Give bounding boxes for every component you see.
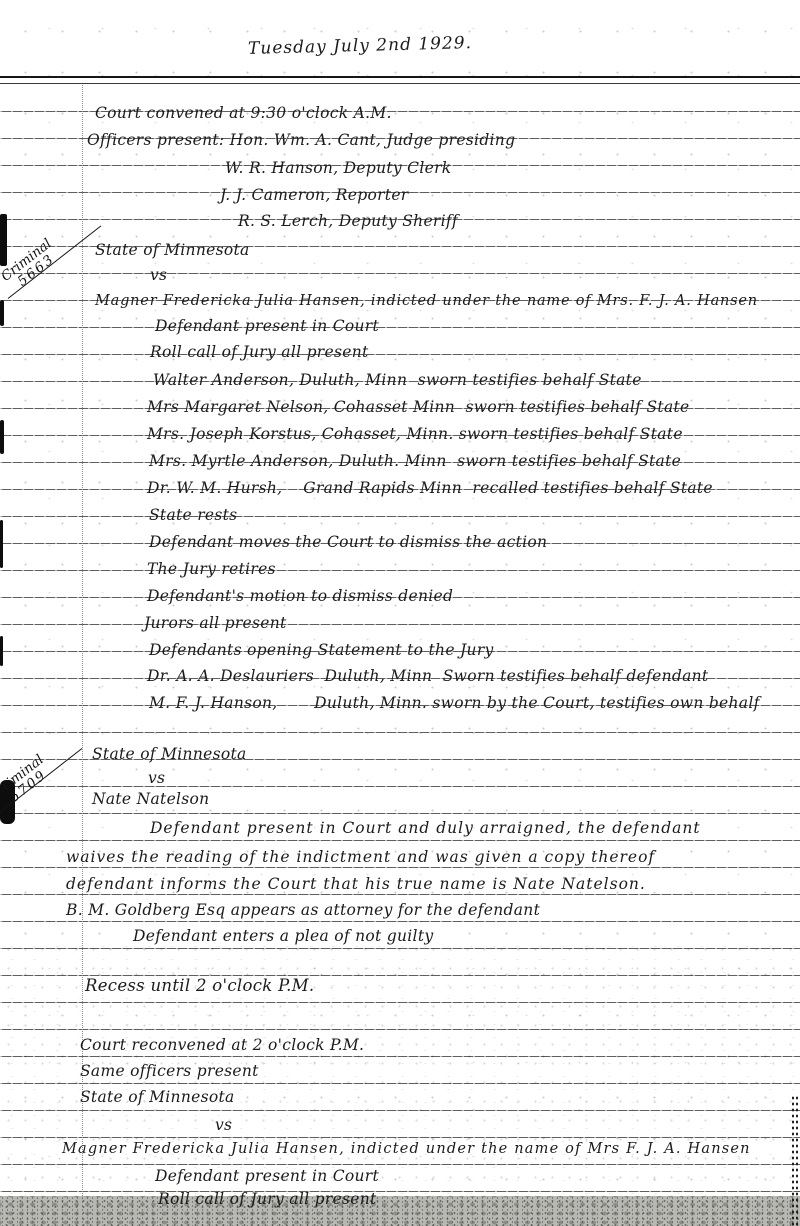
scan-edge-mark [0,420,4,454]
case2-paragraph-line: Defendant present in Court and duly arra… [150,819,701,837]
bottom-scan-band [0,1196,800,1226]
minute-line: Jurors all present [144,614,287,632]
officer-sheriff: R. S. Lerch, Deputy Sheriff [238,212,458,230]
minute-line: Roll call of Jury all present [158,1190,377,1208]
line-officers-present: Officers present: Hon. Wm. A. Cant, Judg… [87,131,515,149]
minute-line: Roll call of Jury all present [150,343,369,361]
line-court-convened: Court convened at 9:30 o'clock A.M. [95,104,392,122]
reconvened-line: Court reconvened at 2 o'clock P.M. [80,1036,364,1054]
afternoon-vs: vs [215,1116,232,1134]
case2-attorney-line: B. M. Goldberg Esq appears as attorney f… [66,901,540,919]
case2-party1: State of Minnesota [92,745,247,763]
date-header: Tuesday July 2nd 1929. [248,33,472,59]
minute-line: Mrs. Myrtle Anderson, Duluth. Minn sworn… [149,452,681,470]
case1-party1: State of Minnesota [95,241,250,259]
recess-line: Recess until 2 o'clock P.M. [85,976,314,995]
case1-vs: vs [150,266,167,284]
case2-party2: Nate Natelson [92,790,209,808]
minute-line: M. F. J. Hanson, Duluth, Minn. sworn by … [149,694,760,712]
top-rule-thin [0,83,800,84]
officer-reporter: J. J. Cameron, Reporter [220,186,409,204]
minute-line: Dr. W. M. Hursh, Grand Rapids Minn recal… [147,479,713,497]
top-rule-thick [0,76,800,78]
afternoon-party2: Magner Fredericka Julia Hansen, indicted… [62,1141,751,1157]
minute-line: Defendant's motion to dismiss denied [147,587,453,605]
minute-line: Defendant present in Court [155,317,379,335]
officer-clerk: W. R. Hanson, Deputy Clerk [225,159,451,177]
minute-line: Defendant moves the Court to dismiss the… [149,533,547,551]
afternoon-party1: State of Minnesota [80,1088,235,1106]
minute-line: Walter Anderson, Duluth, Minn sworn test… [153,371,642,389]
minute-line: Dr. A. A. Deslauriers Duluth, Minn Sworn… [147,667,708,685]
minute-line: Mrs. Joseph Korstus, Cohasset, Minn. swo… [147,425,683,443]
minute-line: State rests [149,506,237,524]
scan-edge-mark [0,214,7,266]
scanned-court-minutes-page: Tuesday July 2nd 1929. Court convened at… [0,0,800,1226]
minute-line: Defendant present in Court [155,1167,379,1185]
case1-party2: Magner Fredericka Julia Hansen, indicted… [95,293,758,309]
case2-paragraph-line: defendant informs the Court that his tru… [66,875,646,893]
scan-edge-specks-right [791,1095,800,1226]
scan-edge-mark [0,300,4,326]
case2-vs: vs [148,769,165,787]
scan-edge-mark [0,636,3,666]
scan-edge-mark [0,520,3,568]
case2-plea-line: Defendant enters a plea of not guilty [133,927,433,945]
same-officers-line: Same officers present [80,1062,259,1080]
minute-line: Mrs Margaret Nelson, Cohasset Minn sworn… [147,398,690,416]
minute-line: Defendants opening Statement to the Jury [149,641,494,659]
case2-paragraph-line: waives the reading of the indictment and… [66,848,655,866]
margin-line [82,85,83,1196]
minute-line: The Jury retires [147,560,276,578]
